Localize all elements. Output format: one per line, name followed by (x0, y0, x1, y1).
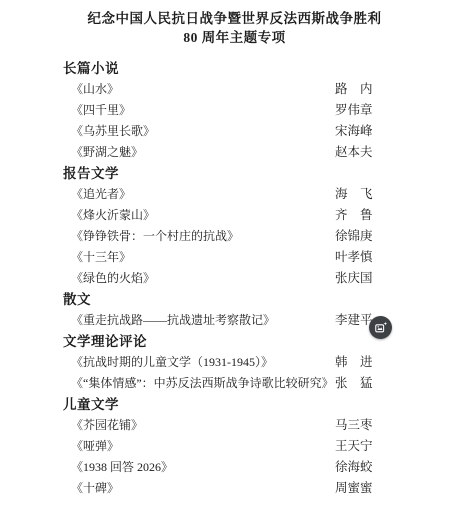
work-row: 《铮铮铁骨：一个村庄的抗战》徐锦庚 (63, 226, 441, 247)
work-author: 马三枣 (335, 415, 373, 436)
work-author: 赵本夫 (335, 142, 373, 163)
work-title: 《“集体情感”：中苏反法西斯战争诗歌比较研究》 (71, 376, 334, 390)
section-header: 长篇小说 (63, 58, 441, 79)
work-row: 《哑弹》王天宁 (63, 436, 441, 457)
work-title: 《重走抗战路——抗战遗址考察散记》 (71, 313, 275, 327)
work-title: 《野湖之魅》 (71, 145, 143, 159)
work-row: 《乌苏里长歌》宋海峰 (63, 121, 441, 142)
document-page: 纪念中国人民抗日战争暨世界反法西斯战争胜利 80 周年主题专项 长篇小说《山水》… (0, 0, 469, 499)
work-title: 《十三年》 (71, 250, 131, 264)
work-row: 《烽火沂蒙山》齐 鲁 (63, 205, 441, 226)
work-author: 齐 鲁 (335, 205, 373, 226)
work-author: 张 猛 (335, 373, 373, 394)
work-author: 路 内 (335, 79, 373, 100)
work-author: 韩 进 (335, 352, 373, 373)
section-header: 散文 (63, 289, 441, 310)
work-author: 宋海峰 (335, 121, 373, 142)
work-row: 《追光者》海 飞 (63, 184, 441, 205)
work-title: 《绿色的火焰》 (71, 271, 155, 285)
section-header: 儿童文学 (63, 394, 441, 415)
work-title: 《追光者》 (71, 187, 131, 201)
work-author: 周蜜蜜 (335, 478, 373, 499)
image-search-button[interactable] (369, 316, 392, 339)
work-author: 李建平 (335, 310, 373, 331)
work-author: 海 飞 (335, 184, 373, 205)
work-title: 《铮铮铁骨：一个村庄的抗战》 (71, 229, 239, 243)
work-title: 《烽火沂蒙山》 (71, 208, 155, 222)
work-author: 王天宁 (335, 436, 373, 457)
work-row: 《十三年》叶孝慎 (63, 247, 441, 268)
image-search-icon (374, 321, 388, 335)
work-row: 《绿色的火焰》张庆国 (63, 268, 441, 289)
work-author: 张庆国 (335, 268, 373, 289)
page-title: 纪念中国人民抗日战争暨世界反法西斯战争胜利 80 周年主题专项 (0, 0, 469, 47)
work-author: 徐锦庚 (335, 226, 373, 247)
work-row: 《芥园花铺》马三枣 (63, 415, 441, 436)
work-title: 《哑弹》 (71, 439, 119, 453)
work-author: 罗伟章 (335, 100, 373, 121)
works-list: 长篇小说《山水》路 内《四千里》罗伟章《乌苏里长歌》宋海峰《野湖之魅》赵本夫报告… (63, 58, 441, 499)
page-title-line1: 纪念中国人民抗日战争暨世界反法西斯战争胜利 (0, 9, 469, 28)
work-row: 《野湖之魅》赵本夫 (63, 142, 441, 163)
work-title: 《芥园花铺》 (71, 418, 143, 432)
work-row: 《四千里》罗伟章 (63, 100, 441, 121)
work-row: 《“集体情感”：中苏反法西斯战争诗歌比较研究》张 猛 (63, 373, 441, 394)
work-author: 徐海蛟 (335, 457, 373, 478)
work-title: 《乌苏里长歌》 (71, 124, 155, 138)
work-row: 《抗战时期的儿童文学（1931-1945）》韩 进 (63, 352, 441, 373)
work-row: 《山水》路 内 (63, 79, 441, 100)
section-header: 报告文学 (63, 163, 441, 184)
work-author: 叶孝慎 (335, 247, 373, 268)
work-row: 《1938 回答 2026》徐海蛟 (63, 457, 441, 478)
work-row: 《十碑》周蜜蜜 (63, 478, 441, 499)
work-title: 《抗战时期的儿童文学（1931-1945）》 (71, 355, 273, 369)
work-title: 《四千里》 (71, 103, 131, 117)
work-title: 《山水》 (71, 82, 119, 96)
work-title: 《1938 回答 2026》 (71, 460, 173, 474)
work-title: 《十碑》 (71, 481, 119, 495)
page-title-line2: 80 周年主题专项 (0, 28, 469, 47)
